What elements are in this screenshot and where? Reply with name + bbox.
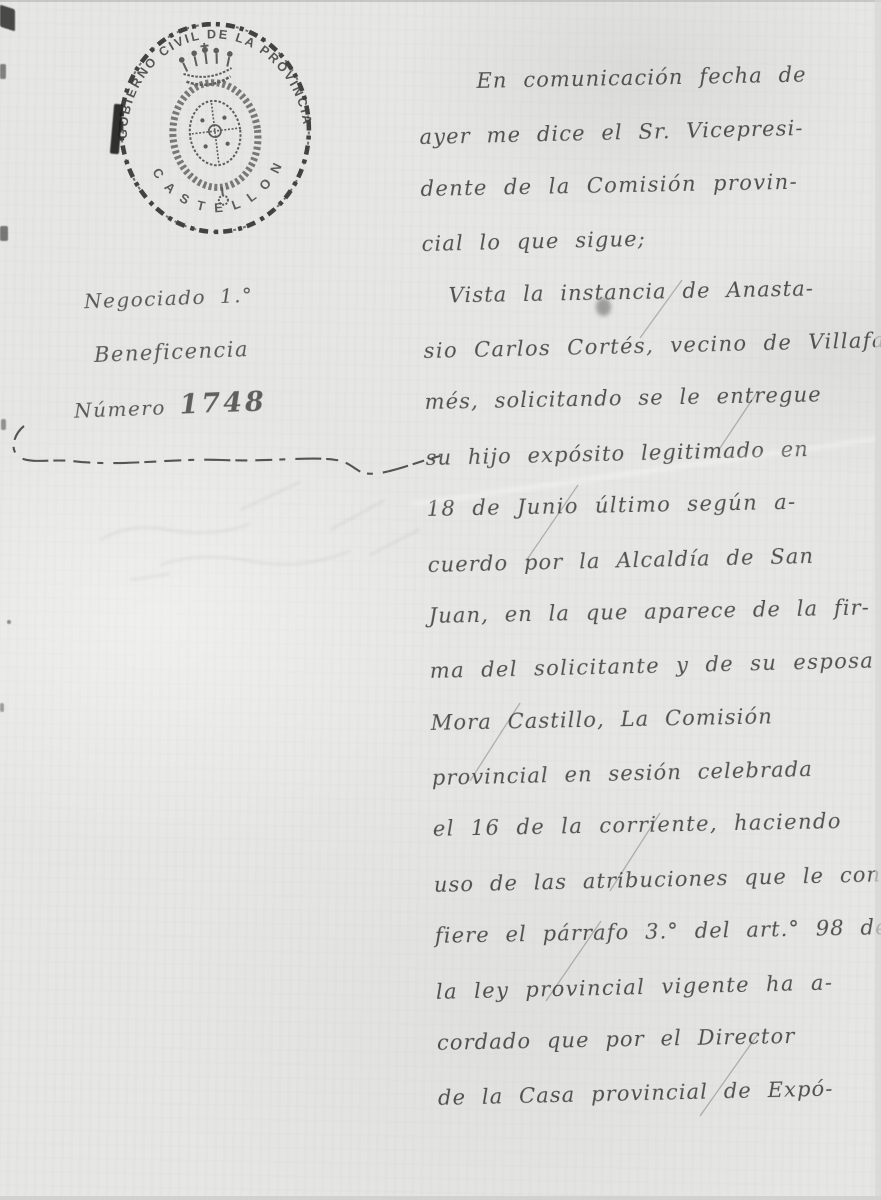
scan-artifact-left-speck	[0, 703, 4, 712]
handwritten-line: sio Carlos Cortés, vecino de Villafa-	[423, 314, 881, 378]
scan-top-edge	[0, 0, 881, 2]
official-stamp: GOBIERNO CIVIL DE LA PROVINCIA C A S T E…	[106, 9, 323, 247]
handwritten-line: provincial en sesión celebrada	[431, 741, 881, 805]
handwritten-line: En comunicación fecha de	[418, 47, 881, 109]
scanned-document-page: GOBIERNO CIVIL DE LA PROVINCIA C A S T E…	[0, 0, 881, 1200]
handwritten-line: su hijo expósito legitimado en	[425, 421, 881, 485]
handwritten-line: ma del solicitante y de su esposa	[429, 634, 881, 698]
handwritten-line: més, solicitando se le entregue	[424, 367, 881, 429]
handwritten-line: ayer me dice el Sr. Vicepresi-	[419, 101, 881, 165]
bleedthrough-ghost-writing	[40, 470, 460, 600]
scan-artifact-left-speck	[1, 419, 6, 430]
handwritten-line: Mora Castillo, La Comisión	[430, 688, 881, 750]
handwritten-line: de la Casa provincial de Expó-	[437, 1061, 881, 1125]
handwritten-line: cial lo que sigue;	[421, 207, 881, 271]
handwritten-line: dente de la Comisión provin-	[420, 154, 881, 216]
margin-note-negociado: Negociado 1.°	[84, 283, 254, 313]
margin-note-seccion: Beneficencia	[94, 337, 250, 367]
royal-crest-icon	[162, 38, 266, 210]
handwritten-line: la ley provincial vigente ha a-	[435, 955, 881, 1019]
scan-artifact-corner	[0, 5, 15, 32]
scan-artifact-dot	[7, 620, 11, 624]
letter-body: En comunicación fecha de ayer me dice el…	[418, 47, 881, 1123]
handwritten-line: Vista la instancia de Anasta-	[422, 261, 881, 323]
handwritten-line: cuerdo por la Alcaldía de San	[427, 528, 881, 592]
scan-artifact-left-speck	[0, 64, 6, 79]
ink-blob	[596, 298, 611, 316]
scan-edge-band-light	[0, 1196, 881, 1200]
handwritten-line: uso de las atribuciones que le con-	[433, 848, 881, 912]
scan-artifact-left-speck	[0, 226, 8, 241]
scan-edge-band	[0, 1186, 881, 1196]
handwritten-line: el 16 de la corriente, haciendo	[432, 794, 881, 856]
scan-right-edge	[875, 0, 881, 1200]
